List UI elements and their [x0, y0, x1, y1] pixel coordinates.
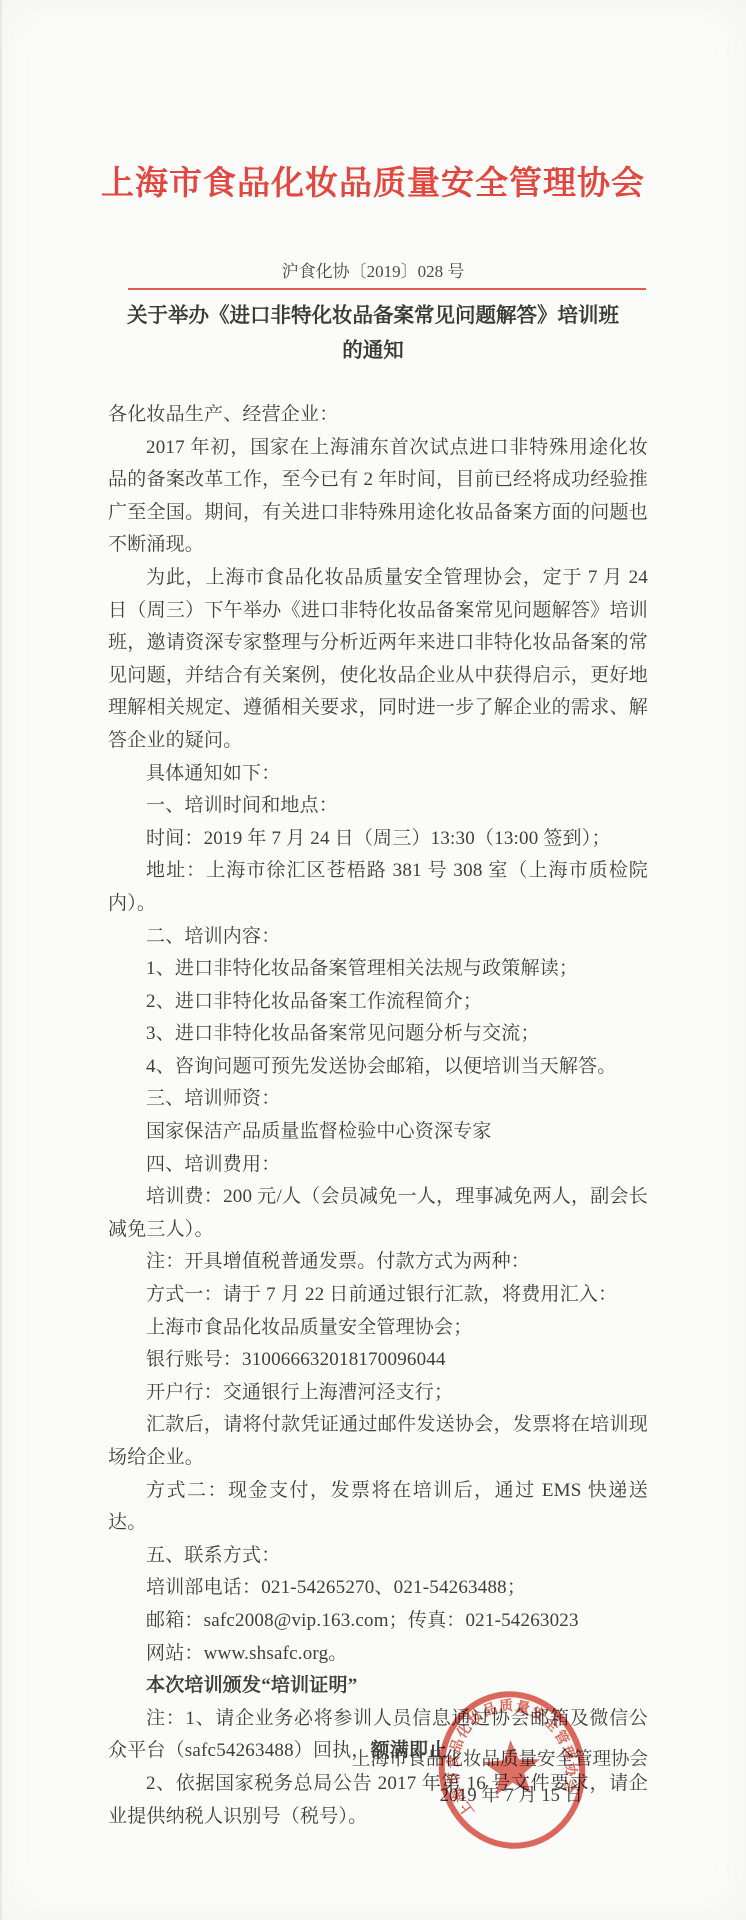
official-seal: 上海市食品化妆品质量安全管理协会 [410, 1664, 614, 1875]
account-number: 银行账号：310066632018170096044 [108, 1344, 648, 1377]
faculty-line: 国家保洁产品质量监督检验中心资深专家 [108, 1116, 648, 1149]
content-item: 1、进口非特化妆品备案管理相关法规与政策解读； [108, 953, 648, 986]
addr-line: 地址：上海市徐汇区苍梧路 381 号 308 室（上海市质检院内）。 [108, 855, 648, 920]
document-body: 各化妆品生产、经营企业： 2017 年初，国家在上海浦东首次试点进口非特殊用途化… [108, 399, 648, 1833]
subject-line1: 关于举办《进口非特化妆品备案常见问题解答》培训班 [73, 299, 673, 334]
content-item: 3、进口非特化妆品备案常见问题分析与交流； [108, 1018, 648, 1051]
seal-star-icon [482, 1739, 542, 1796]
content-item: 2、进口非特化妆品备案工作流程简介； [108, 986, 648, 1019]
section1-title: 一、培训时间和地点： [108, 790, 648, 823]
phone-line: 培训部电话：021-54265270、021-54263488； [108, 1572, 648, 1605]
doc-number: 沪食化协〔2019〕028 号 [0, 260, 746, 284]
method2-line: 方式二：现金支付，发票将在培训后，通过 EMS 快递送达。 [108, 1475, 648, 1540]
subject-title: 关于举办《进口非特化妆品备案常见问题解答》培训班 的通知 [73, 299, 673, 369]
remit-line: 汇款后，请将付款凭证通过邮件发送协会，发票将在培训现场给企业。 [108, 1409, 648, 1474]
time-line: 时间：2019 年 7 月 24 日（周三）13:30（13:00 签到）； [108, 823, 648, 856]
bank-line: 开户行：交通银行上海漕河泾支行； [108, 1377, 648, 1410]
document-page: 上海市食品化妆品质量安全管理协会 沪食化协〔2019〕028 号 关于举办《进口… [0, 0, 746, 1920]
account-name: 上海市食品化妆品质量安全管理协会； [108, 1312, 648, 1345]
para-purpose: 为此，上海市食品化妆品质量安全管理协会，定于 7 月 24 日（周三）下午举办《… [108, 562, 648, 758]
fee-line: 培训费：200 元/人（会员减免一人，理事减免两人，副会长减免三人）。 [108, 1181, 648, 1246]
org-title: 上海市食品化妆品质量安全管理协会 [0, 163, 746, 205]
detail-intro: 具体通知如下： [108, 758, 648, 791]
section5-title: 五、联系方式： [108, 1540, 648, 1573]
fee-note: 注：开具增值税普通发票。付款方式为两种： [108, 1246, 648, 1279]
section4-title: 四、培训费用： [108, 1149, 648, 1182]
content-item: 4、咨询问题可预先发送协会邮箱，以便培训当天解答。 [108, 1051, 648, 1084]
section3-title: 三、培训师资： [108, 1083, 648, 1116]
subject-line2: 的通知 [73, 334, 673, 369]
red-rule-divider [128, 288, 646, 290]
salutation: 各化妆品生产、经营企业： [108, 399, 648, 432]
method1-line: 方式一：请于 7 月 22 日前通过银行汇款，将费用汇入： [108, 1279, 648, 1312]
para-background: 2017 年初，国家在上海浦东首次试点进口非特殊用途化妆品的备案改革工作，至今已… [108, 432, 648, 562]
email-fax-line: 邮箱：safc2008@vip.163.com；传真：021-54263023 [108, 1605, 648, 1638]
section2-title: 二、培训内容： [108, 921, 648, 954]
